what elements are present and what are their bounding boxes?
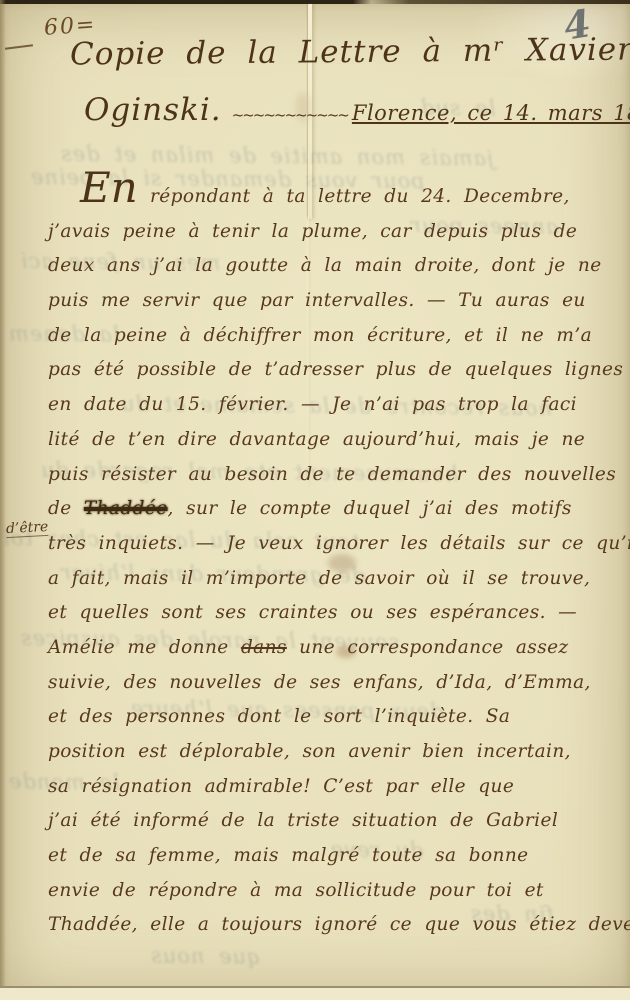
letter-line: pas été possible de t’adresser plus de q… [28, 359, 626, 394]
letter-text: lité de t’en dire davantage aujourd’hui,… [48, 429, 585, 450]
letter-line: lité de t’en dire davantage aujourd’hui,… [28, 429, 626, 464]
letter-text: j’avais peine à tenir la plume, car depu… [48, 221, 577, 242]
manuscript-letter-scan: jamais mon amitie de milan et despour vo… [0, 0, 630, 1000]
letter-text: sa résignation admirable! C’est par elle… [48, 776, 514, 797]
letter-text: une correspondance assez [287, 637, 569, 658]
letter-line: de Thaddée, sur le compte duquel j’ai de… [28, 498, 626, 533]
letter-text: , sur le compte duquel j’ai des motifs [168, 498, 572, 519]
next-page-edge [0, 986, 630, 1000]
letter-line: et quelles sont ses craintes ou ses espé… [28, 602, 626, 637]
letter-text: de [48, 498, 84, 519]
page-edge-top [0, 0, 630, 4]
letter-line: sa résignation admirable! C’est par elle… [28, 776, 626, 811]
letter-body: En répondant à ta lettre du 24. Decembre… [28, 186, 626, 949]
letter-text: puis me servir que par intervalles. — Tu… [48, 290, 586, 311]
interline-insertion: d’être [6, 519, 49, 538]
letter-line: En répondant à ta lettre du 24. Decembre… [28, 186, 626, 221]
letter-line: a fait, mais il m’importe de savoir où i… [28, 568, 626, 603]
dateline: Florence, ce 14. mars 1832. [352, 101, 630, 125]
letter-text: de la peine à déchiffrer mon écriture, e… [48, 325, 592, 346]
letter-text: en date du 15. février. — Je n’ai pas tr… [48, 394, 577, 415]
letter-line: très inquiets. — Je veux ignorer les dét… [28, 533, 626, 568]
letter-line: deux ans j’ai la goutte à la main droite… [28, 255, 626, 290]
letter-text: et de sa femme, mais malgré toute sa bon… [48, 845, 529, 866]
addressee-name: Oginski. [84, 92, 222, 128]
struck-word: dans [241, 637, 287, 658]
letter-text: position est déplorable, son avenir bien… [48, 741, 571, 762]
letter-text: Amélie me donne [48, 637, 241, 658]
letter-text: et des personnes dont le sort l’inquiète… [48, 706, 510, 727]
letter-line: Thaddée, elle a toujours ignoré ce que v… [28, 914, 626, 949]
letter-text: suivie, des nouvelles de ses enfans, d’I… [48, 672, 591, 693]
letter-text: répondant à ta lettre du 24. Decembre, [138, 186, 570, 207]
page-edge-left [0, 0, 6, 1000]
blotted-word: Thaddée [84, 498, 168, 519]
letter-line: envie de répondre à ma sollicitude pour … [28, 880, 626, 915]
letter-text: pas été possible de t’adresser plus de q… [48, 359, 623, 380]
letter-title: Copie de la Lettre à mʳ Xavier [70, 32, 630, 73]
letter-line: position est déplorable, son avenir bien… [28, 741, 626, 776]
letter-text: En [80, 163, 138, 212]
letter-text: Thaddée, elle a toujours ignoré ce que v… [48, 914, 630, 935]
letter-line: j’avais peine à tenir la plume, car depu… [28, 221, 626, 256]
letter-text: très inquiets. — Je veux ignorer les dét… [48, 533, 630, 554]
letter-line: en date du 15. février. — Je n’ai pas tr… [28, 394, 626, 429]
squiggle-filler: ~~~~~~~~~~~ [232, 106, 348, 124]
letter-line: et de sa femme, mais malgré toute sa bon… [28, 845, 626, 880]
letter-line: suivie, des nouvelles de ses enfans, d’I… [28, 672, 626, 707]
letter-text: envie de répondre à ma sollicitude pour … [48, 880, 544, 901]
margin-dash-mark [5, 44, 33, 49]
letter-text: deux ans j’ai la goutte à la main droite… [48, 255, 602, 276]
letter-line: j’ai été informé de la triste situation … [28, 810, 626, 845]
letter-line: de la peine à déchiffrer mon écriture, e… [28, 325, 626, 360]
letter-text: j’ai été informé de la triste situation … [48, 810, 558, 831]
letter-text: et quelles sont ses craintes ou ses espé… [48, 602, 577, 623]
letter-line: et des personnes dont le sort l’inquiète… [28, 706, 626, 741]
letter-text: puis résister au besoin de te demander d… [48, 464, 616, 485]
letter-line: puis me servir que par intervalles. — Tu… [28, 290, 626, 325]
letter-text: a fait, mais il m’importe de savoir où i… [48, 568, 590, 589]
letter-title-line2: Oginski. ~~~~~~~~~~~ Florence, ce 14. ma… [84, 92, 630, 128]
letter-line: Amélie me donne dans une correspondance … [28, 637, 626, 672]
letter-line: puis résister au besoin de te demander d… [28, 464, 626, 499]
